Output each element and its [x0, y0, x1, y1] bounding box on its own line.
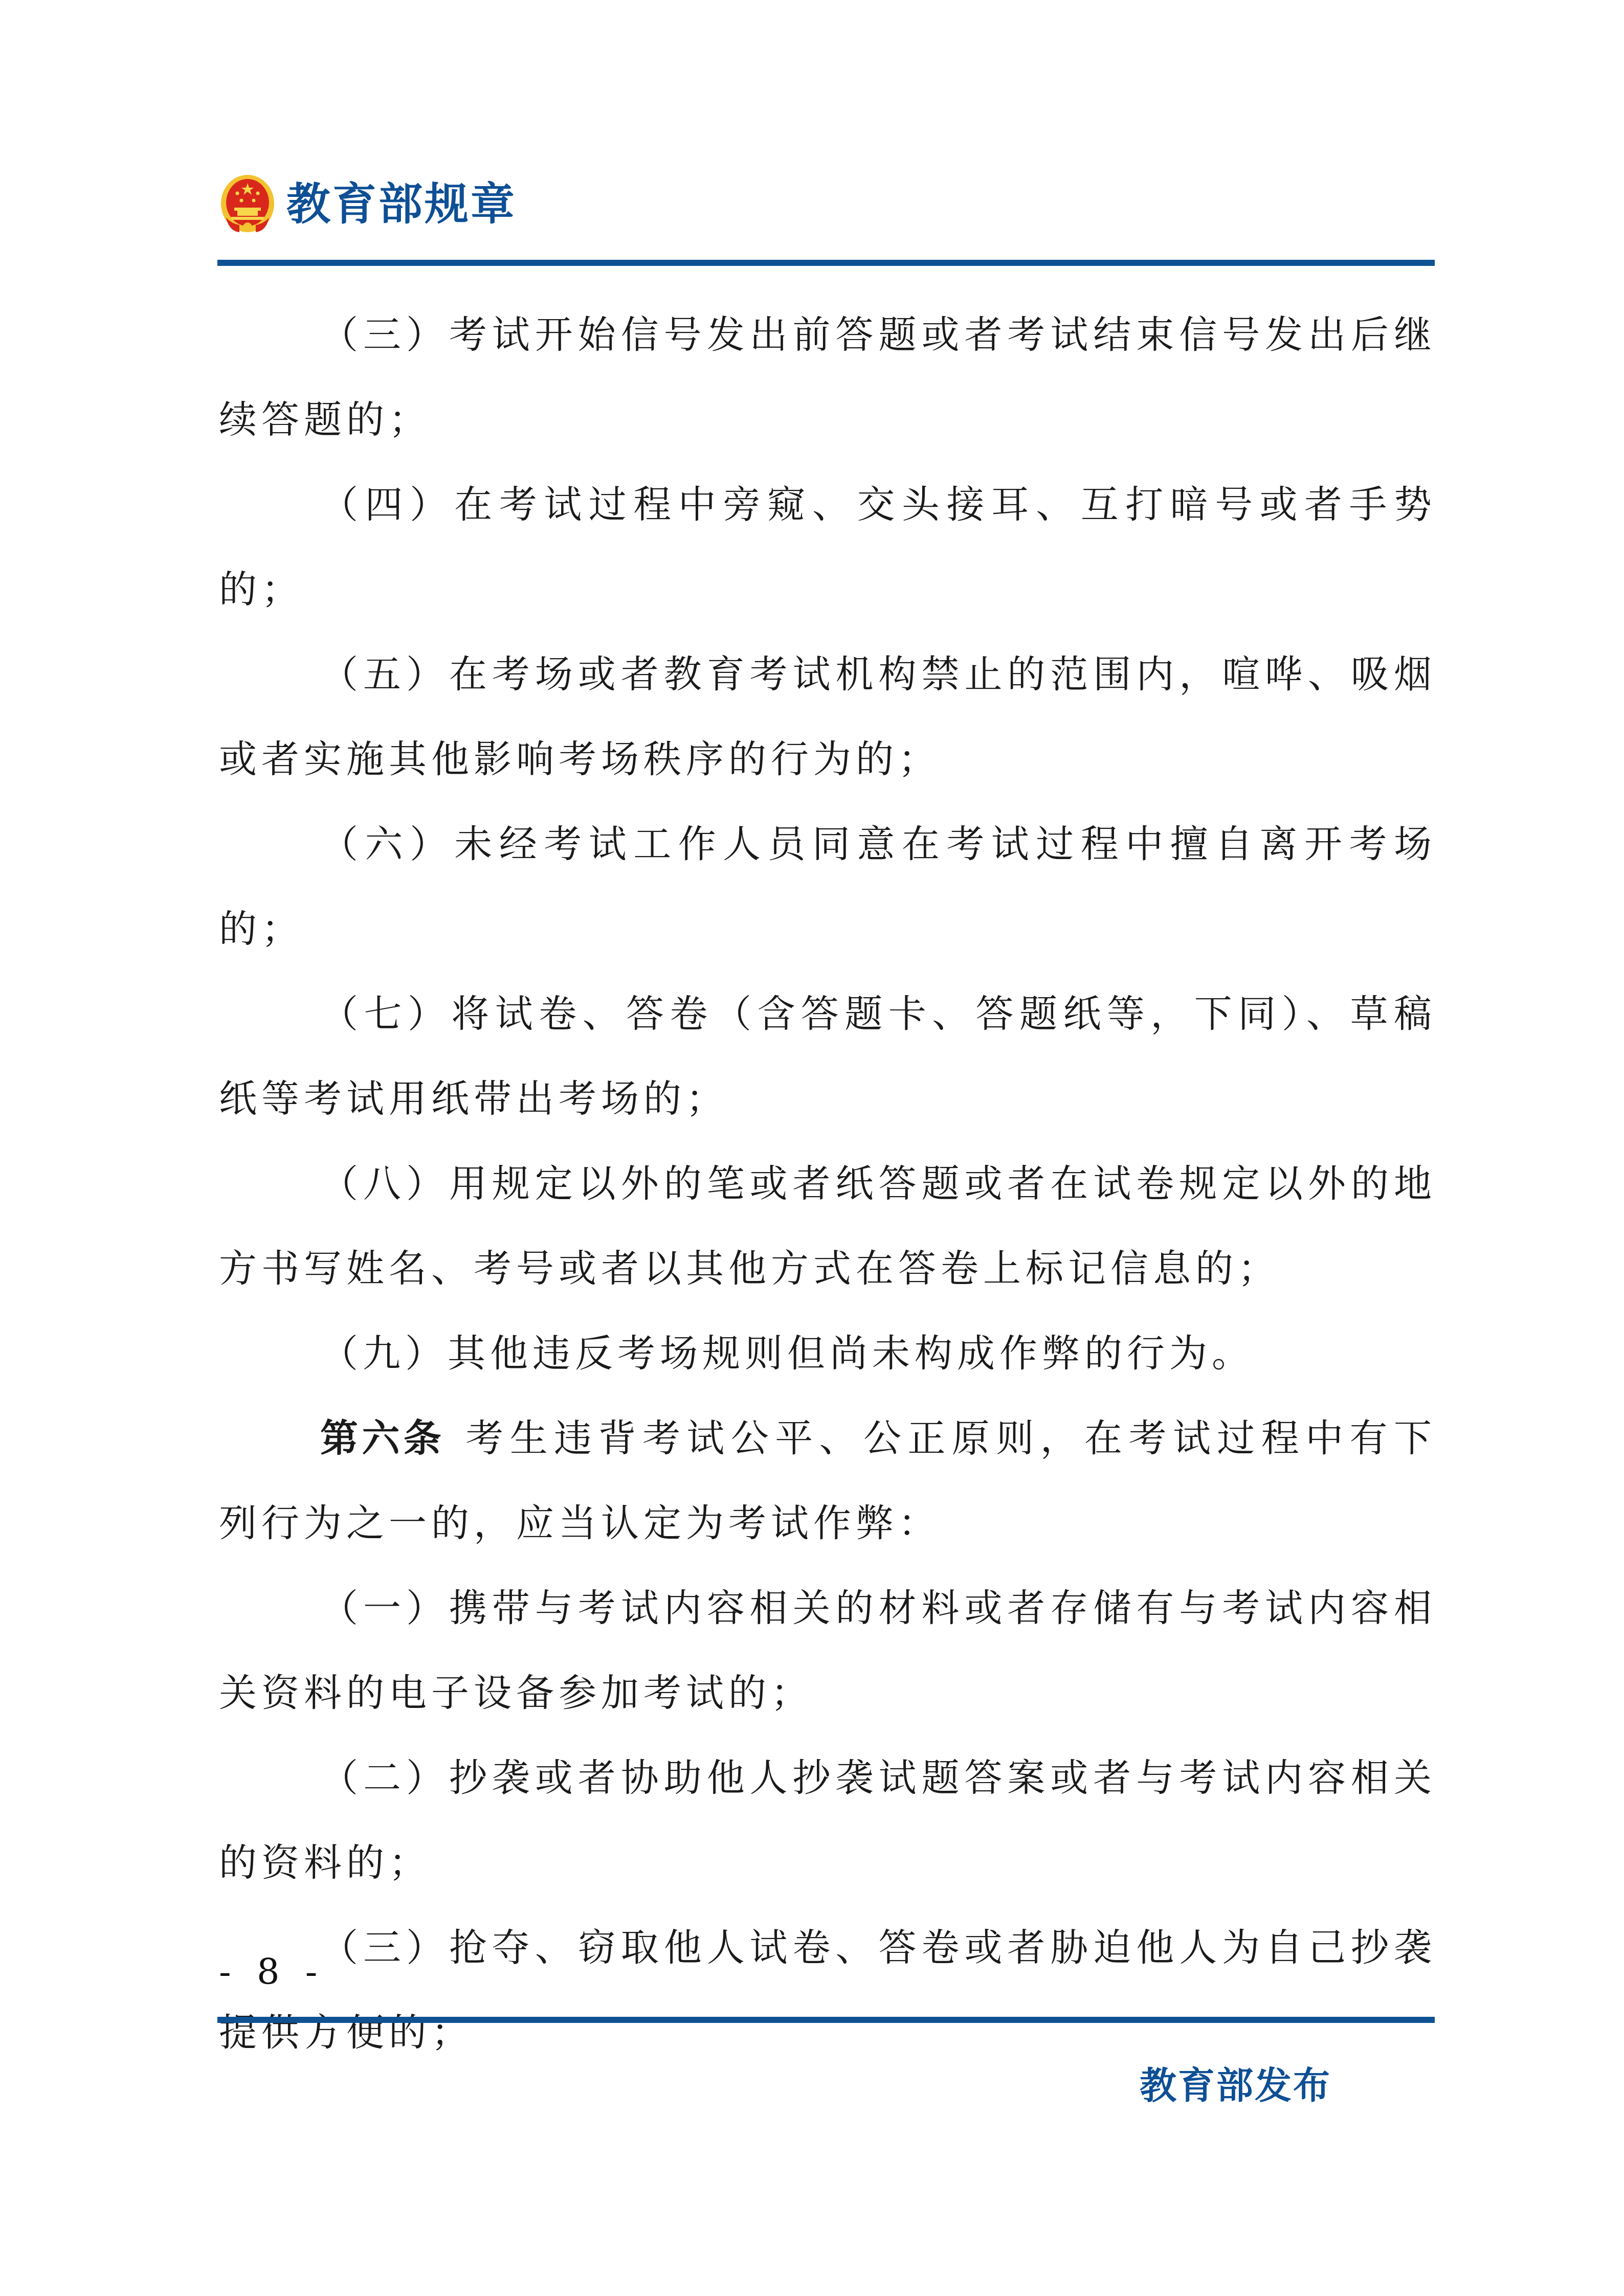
national-emblem-icon [219, 174, 276, 235]
page-title: 教育部规章 [286, 183, 517, 227]
paragraph-item-4: （四）在考试过程中旁窥、交头接耳、互打暗号或者手势的； [219, 462, 1436, 632]
paragraph-item-7: （七）将试卷、答卷（含答题卡、答题纸等，下同）、草稿纸等考试用纸带出考场的； [219, 972, 1436, 1141]
cheating-item-1: （一）携带与考试内容相关的材料或者存储有与考试内容相关资料的电子设备参加考试的； [219, 1566, 1436, 1736]
paragraph-item-3: （三）考试开始信号发出前答题或者考试结束信号发出后继续答题的； [219, 292, 1436, 462]
cheating-item-3: （三）抢夺、窃取他人试卷、答卷或者胁迫他人为自己抄袭提供方便的； [219, 1905, 1436, 2075]
document-page: 教育部规章 （三）考试开始信号发出前答题或者考试结束信号发出后继续答题的； （四… [0, 0, 1624, 2296]
article-heading: 第六条 [320, 1416, 445, 1460]
footer-divider [217, 2017, 1435, 2023]
article-6: 第六条考生违背考试公平、公正原则，在考试过程中有下列行为之一的，应当认定为考试作… [219, 1396, 1436, 1566]
publisher-label: 教育部发布 [1140, 2056, 1331, 2109]
paragraph-item-9: （九）其他违反考场规则但尚未构成作弊的行为。 [219, 1311, 1436, 1396]
cheating-item-2: （二）抄袭或者协助他人抄袭试题答案或者与考试内容相关的资料的； [219, 1736, 1436, 1905]
page-number: - 8 - [219, 1951, 324, 1993]
document-body: （三）考试开始信号发出前答题或者考试结束信号发出后继续答题的； （四）在考试过程… [219, 292, 1436, 2075]
paragraph-item-6: （六）未经考试工作人员同意在考试过程中擅自离开考场的； [219, 802, 1436, 972]
paragraph-item-8: （八）用规定以外的笔或者纸答题或者在试卷规定以外的地方书写姓名、考号或者以其他方… [219, 1141, 1436, 1311]
header-divider [217, 260, 1435, 266]
paragraph-item-5: （五）在考场或者教育考试机构禁止的范围内，喧哗、吸烟或者实施其他影响考场秩序的行… [219, 632, 1436, 802]
page-header: 教育部规章 [219, 174, 517, 235]
